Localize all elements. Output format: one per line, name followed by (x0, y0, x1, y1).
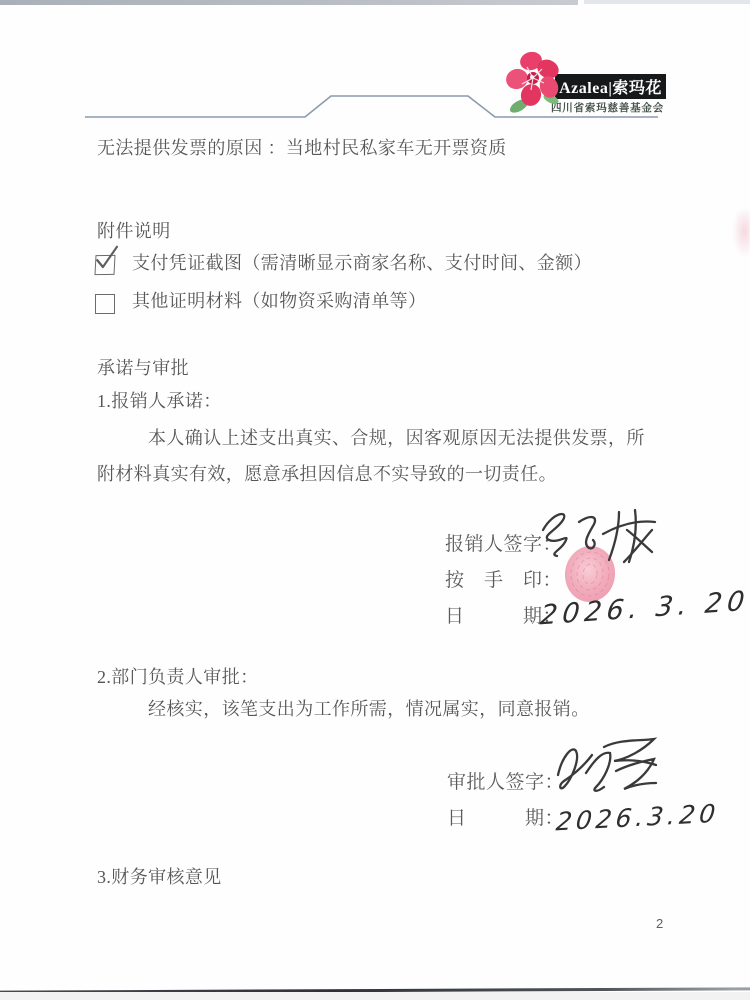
logo-wordmark-text: Azalea|索玛花 (559, 75, 662, 98)
check-mark-icon (93, 244, 120, 270)
no-invoice-reason-line: 无法提供发票的原因 ：当地村民私家车无开票资质 (97, 137, 507, 159)
checkbox-payment-screenshot (94, 255, 115, 275)
attachments-section-title: 附件说明 (97, 220, 171, 242)
checkbox-other-materials (95, 294, 115, 314)
scan-edge-bottom-shadow (0, 992, 750, 1000)
azalea-flower-icon (501, 49, 571, 119)
approval-section-title: 承诺与审批 (97, 357, 189, 379)
department-approval-statement: 经核实，该笔支出为工作所需，情况属实，同意报销。 (148, 698, 590, 720)
approver-date-handwritten: 2026.3.20 (555, 799, 721, 837)
promise-statement-line2: 附材料真实有效，愿意承担因信息不实导致的一切责任。 (97, 463, 557, 485)
department-approval-heading: 2.部门负责人审批： (97, 666, 259, 688)
page-number: 2 (656, 916, 663, 931)
promise-statement-line1: 本人确认上述支出真实、合规，因客观原因无法提供发票，所 (148, 427, 645, 449)
approver-signature-label: 审批人签字： (447, 767, 564, 794)
approver-date-label: 日 期： (447, 803, 564, 830)
reimburser-signature-scribble (535, 500, 660, 570)
faint-seal-smudge (732, 210, 750, 258)
attachment-item-label: 其他证明材料（如物资采购清单等） (132, 290, 426, 312)
finance-review-heading: 3.财务审核意见 (97, 866, 222, 888)
attachment-item-label: 支付凭证截图（需清晰显示商家名称、支付时间、金额） (132, 252, 592, 274)
reimburser-promise-heading: 1.报销人承诺： (97, 390, 222, 412)
scanned-reimbursement-form-page: Azalea|索玛花 四川省索玛慈善基金会 无法提供发票的原因 ：当地村民私家车… (0, 0, 750, 1000)
approver-signature-scribble (552, 733, 662, 801)
logo-wordmark-bar: Azalea|索玛花 (555, 74, 666, 99)
